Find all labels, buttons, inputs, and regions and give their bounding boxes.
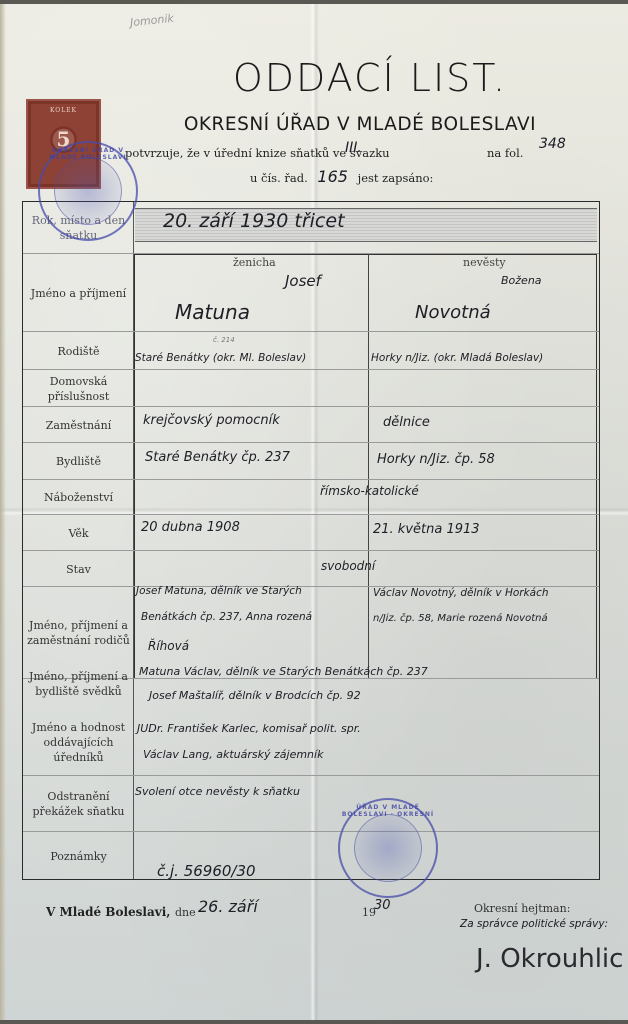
folio-value: 348 xyxy=(539,136,566,152)
official-1: JUDr. František Karlec, komisař polit. s… xyxy=(137,722,361,735)
groom-parents-line-3: Říhová xyxy=(148,639,189,653)
religion-value: římsko-katolické xyxy=(320,484,419,498)
official-2: Václav Lang, aktuárský zájemník xyxy=(143,748,323,761)
bride-occupation: dělnice xyxy=(383,415,430,430)
document-title: ODDACÍ LIST. xyxy=(160,56,580,100)
marriage-certificate: Jomonik ODDACÍ LIST. OKRESNÍ ÚŘAD V MLAD… xyxy=(0,4,628,1020)
label-notes: Poznámky xyxy=(23,832,134,881)
groom-first-name: Josef xyxy=(285,272,321,290)
registry-line: u čís. řad. 165 jest zapsáno: xyxy=(250,167,433,186)
registry-suffix: jest zapsáno: xyxy=(358,171,434,185)
issue-year-suffix: 30 xyxy=(374,898,391,913)
issue-place: V Mladé Boleslavi, xyxy=(46,905,170,919)
registry-prefix: u čís. řad. xyxy=(250,171,308,185)
birthplace-note: č. 214 xyxy=(213,336,235,344)
impediment-removal-value: Svolení otce nevěsty k sňatku xyxy=(135,785,300,798)
groom-residence: Staré Benátky čp. 237 xyxy=(145,450,290,465)
marital-status-value: svobodní xyxy=(321,559,375,573)
bride-parents-line-2: n/Jiz. čp. 58, Marie rozená Novotná xyxy=(373,613,548,624)
groom-surname: Matuna xyxy=(175,300,250,324)
label-officials: Jméno a hodnost oddávajících úředníků xyxy=(23,712,134,772)
signature-line-1: Za správce politické správy: xyxy=(460,918,608,930)
bride-first-name: Božena xyxy=(501,274,542,287)
issue-date-label: dne xyxy=(175,906,196,919)
office-seal-bottom: ÚŘAD V MLADÉ BOLESLAVI · OKRESNÍ xyxy=(338,798,438,898)
official-signature: J. Okrouhlic xyxy=(476,944,623,974)
seal-emblem-lion xyxy=(354,814,422,882)
label-birthplace: Rodiště xyxy=(23,332,134,370)
revenue-stamp-label: KOLEK xyxy=(28,107,99,114)
groom-parents-line-2: Benátkách čp. 237, Anna rozená xyxy=(141,611,312,623)
seal-emblem xyxy=(54,157,122,225)
label-religion: Náboženství xyxy=(23,480,134,515)
groom-occupation: krejčovský pomocník xyxy=(143,413,280,428)
marriage-date-value: 20. září 1930 třicet xyxy=(163,210,345,232)
notes-value: č.j. 56960/30 xyxy=(157,862,256,880)
label-impediments: Odstranění překážek sňatku xyxy=(23,776,134,832)
witness-2: Josef Maštalíř, dělník v Brodcích čp. 92 xyxy=(149,689,361,702)
groom-birthdate: 20 dubna 1908 xyxy=(141,520,240,535)
seal-text: ÚŘAD V MLADÉ BOLESLAVI · OKRESNÍ xyxy=(340,804,436,818)
issue-date: 26. září xyxy=(198,897,258,916)
label-domicile: Domovská příslušnost xyxy=(23,370,134,407)
pencil-annotation: Jomonik xyxy=(129,12,174,30)
registry-number: 165 xyxy=(317,167,348,186)
label-age: Věk xyxy=(23,515,134,551)
office-seal-top: OKRESNÍ ÚŘAD V MLADÉ BOLESLAVI xyxy=(38,141,138,241)
label-witnesses: Jméno, příjmení a bydliště svědků xyxy=(23,654,134,714)
label-name: Jméno a příjmení xyxy=(23,254,134,332)
certificate-table: Rok, místo a den sňatku Jméno a příjmení… xyxy=(22,201,600,880)
witness-1: Matuna Václav, dělník ve Starých Benátká… xyxy=(139,665,428,678)
folio-label: na fol. xyxy=(487,146,523,160)
issuing-office: OKRESNÍ ÚŘAD V MLADÉ BOLESLAVI xyxy=(120,114,600,135)
column-bride: nevěsty xyxy=(463,256,506,269)
groom-domicile: Staré Benátky (okr. Ml. Boleslav) xyxy=(135,352,306,364)
column-groom: ženicha xyxy=(233,256,276,269)
label-residence: Bydliště xyxy=(23,443,134,480)
bride-domicile: Horky n/Jiz. (okr. Mladá Boleslav) xyxy=(371,352,543,364)
label-occupation: Zaměstnání xyxy=(23,407,134,443)
label-status: Stav xyxy=(23,551,134,587)
volume-value: III. xyxy=(345,140,362,156)
bride-parents-line-1: Václav Novotný, dělník v Horkách xyxy=(373,587,549,599)
bride-surname: Novotná xyxy=(415,302,491,323)
official-title: Okresní hejtman: xyxy=(474,902,570,915)
groom-parents-line-1: Josef Matuna, dělník ve Starých xyxy=(136,585,302,597)
bride-residence: Horky n/Jiz. čp. 58 xyxy=(377,452,495,467)
paper-edge xyxy=(0,4,6,1020)
bride-birthdate: 21. května 1913 xyxy=(373,522,480,537)
seal-text: OKRESNÍ ÚŘAD V MLADÉ BOLESLAVI xyxy=(40,147,136,161)
